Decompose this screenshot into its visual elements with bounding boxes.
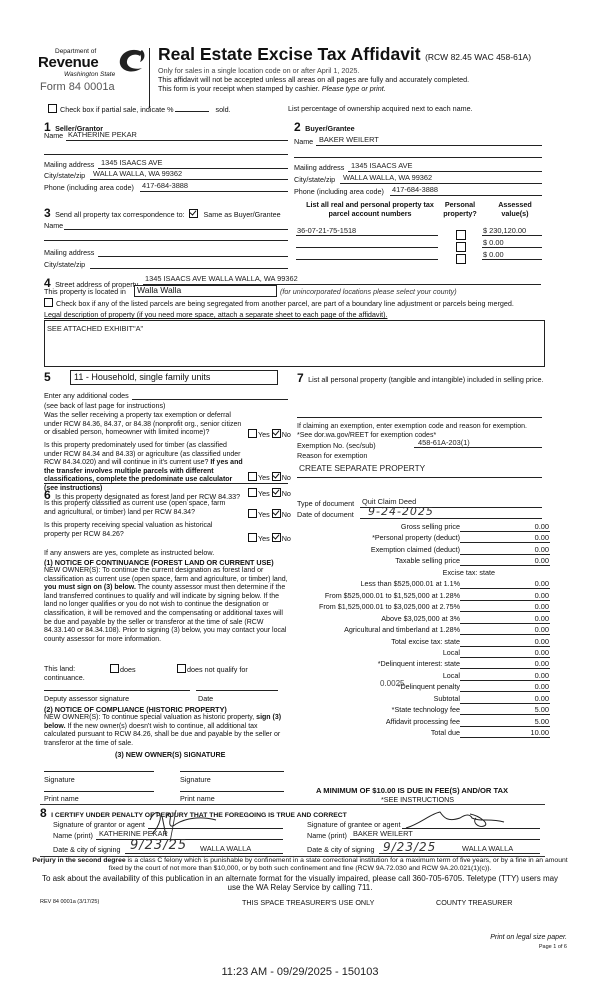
parcel-col-numbers: List all real and personal property tax … (300, 201, 440, 218)
exemption-no-label: Exemption No. (sec/sub) (297, 441, 376, 450)
notice1-text-a: NEW OWNER(S): To continue the current de… (44, 567, 288, 583)
calc-row: *State technology fee5.00 (300, 705, 555, 716)
corr-name-line2 (44, 240, 288, 241)
historic-no-checkbox[interactable] (272, 533, 281, 542)
calc-row-line (460, 634, 550, 635)
additional-codes-note: (see back of last page for instructions) (44, 401, 165, 410)
calc-row: Total excise tax: state0.00 (300, 637, 555, 648)
forest-yesno: Yes No (248, 488, 291, 498)
doc-type-label: Type of document (297, 499, 354, 508)
print-name-label-1: Print name (44, 794, 79, 803)
calc-row-label: Above $3,025,000 at 3% (381, 614, 460, 623)
buyer-mailing-label: Mailing address (294, 163, 344, 172)
if-yes-note: If any answers are yes, complete as inst… (44, 548, 214, 557)
use-code-value: 11 - Household, single family units (74, 372, 210, 382)
calc-row-label: Agricultural and timberland at 1.28% (344, 625, 460, 634)
calc-row-label: Total due (431, 728, 460, 737)
exemption-question: Was the seller receiving a property tax … (44, 412, 246, 438)
calc-row-label: Local (443, 648, 460, 657)
street-field[interactable]: 1345 ISAACS AVE WALLA WALLA, WA 99362 (145, 274, 298, 283)
section-number: 5 (44, 370, 51, 384)
seller-mailing-field[interactable]: 1345 ISAACS AVE (101, 158, 163, 167)
calc-row-label: From $1,525,000.01 to $3,025,000 at 2.75… (319, 602, 460, 611)
header-line2: This affidavit will not be accepted unle… (158, 75, 598, 84)
current-use-yes-checkbox[interactable] (248, 509, 257, 518)
header-divider (149, 48, 150, 108)
print-name-label-2: Print name (180, 794, 215, 803)
calc-row-value[interactable]: 0.00 (535, 533, 549, 542)
calc-row-label: *Personal property (deduct) (372, 533, 460, 542)
header-line3-italic: Please type or print. (322, 84, 386, 93)
calc-row-value[interactable]: 0.00 (535, 614, 549, 623)
grantee-name-line (350, 839, 540, 840)
see-instructions: *SEE INSTRUCTIONS (381, 795, 454, 804)
parcel-col-assessed: Assessed value(s) (490, 201, 540, 218)
does-checkbox[interactable] (110, 664, 119, 673)
calc-row: Total due10.00 (300, 728, 555, 739)
calc-row-value[interactable]: 0.00 (535, 682, 549, 691)
buyer-heading-label: Buyer/Grantee (305, 124, 355, 133)
timestamp-stamp: 11:23 AM - 09/29/2025 - 150103 (0, 966, 600, 978)
calc-row-label: Subtotal (434, 694, 460, 703)
calc-row-line (460, 623, 550, 624)
grantor-name-line (96, 839, 283, 840)
grantee-date-field[interactable]: 9/23/25 (383, 840, 436, 854)
calc-row-value[interactable]: 0.00 (535, 579, 549, 588)
calc-row-value[interactable]: 0.00 (535, 522, 549, 531)
personal-property-checkbox[interactable] (456, 254, 466, 264)
grantor-name-label: Name (print) (53, 831, 93, 840)
no-label: No (282, 430, 291, 439)
form-number: Form 84 0001a (40, 81, 115, 93)
assessed-value-field[interactable]: $ 0.00 (483, 250, 504, 259)
calc-row: Less than $525,000.01 at 1.1%0.00 (300, 579, 555, 590)
state-name: Washington State (64, 71, 115, 78)
partial-sale-checkbox[interactable] (48, 104, 57, 113)
calc-row: Exemption claimed (deduct)0.00 (300, 545, 555, 556)
calc-row: *Delinquent penalty0.00 (300, 682, 555, 693)
reason-field[interactable]: CREATE SEPARATE PROPERTY (299, 463, 425, 473)
corr-mailing-label: Mailing address (44, 248, 94, 257)
historic-yes-checkbox[interactable] (248, 533, 257, 542)
signature-label-1: Signature (44, 775, 75, 784)
owner-signature-line-1[interactable] (44, 771, 154, 772)
current-use-question: Is this property classified as current u… (44, 500, 234, 517)
seller-city-label: City/state/zip (44, 171, 85, 180)
corr-name-label: Name (44, 221, 63, 230)
grantee-name-label: Name (print) (307, 831, 347, 840)
buyer-name-field[interactable]: BAKER WEILERT (319, 135, 379, 144)
parcel-col-personal: Personal property? (440, 201, 480, 218)
calc-row-value[interactable]: 0.00 (535, 556, 549, 565)
calc-row-value[interactable]: 0.00 (535, 637, 549, 646)
seller-phone-label: Phone (including area code) (44, 183, 134, 192)
calc-row-value[interactable]: 0.00 (535, 671, 549, 680)
located-select[interactable]: Walla Walla (134, 285, 277, 297)
perjury-bold: Perjury in the second degree (32, 857, 125, 864)
legal-description-textarea[interactable]: SEE ATTACHED EXHIBIT"A" (44, 320, 545, 367)
grantee-city-field[interactable]: WALLA WALLA (462, 844, 513, 853)
additional-codes-input[interactable] (132, 399, 288, 400)
section6-divider (44, 483, 288, 484)
calc-row: Subtotal0.00 (300, 694, 555, 705)
correspondence-label: Send all property tax correspondence to: (55, 210, 184, 219)
buyer-phone-field[interactable]: 417-684-3888 (392, 185, 438, 194)
deputy-sig-label: Deputy assessor signature (44, 694, 129, 703)
notice2-title: (2) NOTICE OF COMPLIANCE (HISTORIC PROPE… (44, 705, 227, 714)
exemption-no-checkbox[interactable] (272, 429, 281, 438)
corr-name-line (64, 229, 288, 230)
reason-label: Reason for exemption (297, 451, 367, 460)
calc-row-line (460, 657, 550, 658)
form-title-ref: (RCW 82.45 WAC 458-61A) (425, 52, 531, 62)
timber-yes-checkbox[interactable] (248, 472, 257, 481)
calc-row: Local0.00 (300, 671, 555, 682)
assessed-value-field[interactable]: $ 0.00 (483, 238, 504, 247)
reason-line (297, 477, 542, 478)
correspondence-row: 3 Send all property tax correspondence t… (44, 204, 281, 222)
personal-property-row: 7 List all personal property (tangible a… (297, 369, 547, 387)
exemption-intro: If claiming an exemption, enter exemptio… (297, 423, 537, 440)
signature-label-2: Signature (180, 775, 211, 784)
calc-row-line (460, 565, 550, 566)
ownership-note: List percentage of ownership acquired ne… (288, 104, 473, 113)
calc-row-value[interactable]: 10.00 (531, 728, 550, 737)
grantee-sig-label: Signature of grantee or agent (307, 820, 401, 829)
buyer-heading: 2 Buyer/Grantee (294, 118, 355, 136)
calc-row-line (460, 691, 550, 692)
owner-print-line-1[interactable] (44, 791, 154, 792)
personal-property-input[interactable] (297, 417, 542, 418)
doc-date-label: Date of document (297, 510, 354, 519)
notice2-text-a: NEW OWNER(S): To continue special valuat… (44, 714, 254, 721)
no-label: No (282, 510, 291, 519)
seller-city-line (90, 179, 288, 180)
calc-row-label: Less than $525,000.01 at 1.1% (360, 579, 460, 588)
new-owner-sig-title: (3) NEW OWNER(S) SIGNATURE (115, 750, 225, 759)
historic-yesno: Yes No (248, 533, 291, 543)
forest-no-checkbox[interactable] (272, 488, 281, 497)
yes-label: Yes (258, 489, 270, 498)
treasurer-use-label: THIS SPACE TREASURER'S USE ONLY (242, 898, 374, 907)
calc-row-line (460, 588, 550, 589)
calc-row-value[interactable]: 0.00 (535, 602, 549, 611)
notice1-text-bold: you must sign on (3) below. (44, 584, 136, 591)
notice1-text: NEW OWNER(S): To continue the current de… (44, 567, 290, 644)
calc-row-line (460, 611, 550, 612)
county-treasurer-label: COUNTY TREASURER (436, 898, 512, 907)
section-number: 3 (44, 206, 51, 220)
owner-print-line-2[interactable] (180, 791, 284, 792)
calc-row-label: Exemption claimed (deduct) (371, 545, 460, 554)
accessibility-notice: To ask about the availability of this pu… (40, 875, 560, 892)
no-label: No (282, 473, 291, 482)
seller-mailing-label: Mailing address (44, 160, 94, 169)
calc-row: Gross selling price0.00 (300, 522, 555, 533)
minimum-notice: A MINIMUM OF $10.00 IS DUE IN FEE(S) AND… (316, 786, 508, 795)
calc-row-value[interactable]: 0.00 (535, 694, 549, 703)
dept-name: Revenue (38, 54, 98, 71)
current-use-yesno: Yes No (248, 509, 291, 519)
buyer-phone-label: Phone (including area code) (294, 187, 384, 196)
calc-row-line (460, 726, 550, 727)
corr-mailing-line (98, 256, 288, 257)
buyer-mailing-line (348, 171, 542, 172)
calc-row-line (460, 600, 550, 601)
seller-city-field[interactable]: WALLA WALLA, WA 99362 (93, 169, 182, 178)
parcel-row: 36-07-21-75-1518 $ 230,120.00 (296, 225, 546, 237)
parcel-row: $ 0.00 (296, 237, 546, 249)
calc-row-value[interactable]: 5.00 (535, 705, 549, 714)
seller-name-line (66, 140, 288, 141)
calc-row-line (460, 531, 550, 532)
perjury-rest: is a class C felony which is punishable … (109, 857, 568, 872)
legal-description-value: SEE ATTACHED EXHIBIT"A" (47, 324, 143, 333)
grantee-name-field[interactable]: BAKER WEILERT (353, 829, 413, 838)
no-label: No (282, 534, 291, 543)
parcel-number-line (296, 259, 438, 260)
buyer-city-line (340, 183, 542, 184)
partial-sale-percent-input[interactable] (175, 104, 209, 112)
buyer-name-line2 (294, 157, 542, 158)
personal-property-label: List all personal property (tangible and… (308, 375, 543, 384)
calc-row-value[interactable]: 0.00 (535, 545, 549, 554)
exemption-yesno: Yes No (248, 429, 291, 439)
section-number: 7 (297, 371, 304, 385)
local-rate: 0.0025 (380, 679, 404, 688)
exemption-no-field[interactable]: 458-61A-203(1) (418, 438, 470, 447)
header-line3: This form is your receipt when stamped b… (158, 84, 320, 93)
partial-sale-suffix: sold. (215, 105, 230, 114)
calc-row-label: *State technology fee (392, 705, 460, 714)
seller-phone-line (140, 191, 288, 192)
calc-row-label: *Delinquent interest: state (378, 659, 460, 668)
calc-row-value[interactable]: 0.00 (535, 625, 549, 634)
calc-row-label: Local (443, 671, 460, 680)
notice2-text-b: If the new owner(s) doesn't wish to cont… (44, 723, 280, 747)
does-not-option: does not qualify for (177, 664, 248, 674)
parcel-number-line (296, 247, 438, 248)
notice1-text-b: The county assessor must then determine … (44, 584, 286, 643)
grantor-city-field[interactable]: WALLA WALLA (200, 844, 251, 853)
calc-row-value[interactable]: 0.00 (535, 591, 549, 600)
deputy-date-line[interactable] (196, 690, 278, 691)
calc-row: *Delinquent interest: state0.00 (300, 659, 555, 670)
this-land-label: This land: (44, 664, 75, 673)
grantor-sig-label: Signature of grantor or agent (53, 820, 145, 829)
calc-row: Agricultural and timberland at 1.28%0.00 (300, 625, 555, 636)
calc-row-line (460, 703, 550, 704)
seller-name-label: Name (44, 131, 63, 140)
assessed-line (482, 235, 542, 236)
located-value: Walla Walla (137, 285, 181, 295)
additional-codes-label: Enter any additional codes (44, 391, 129, 400)
corr-city-line (90, 268, 288, 269)
notice1-title: (1) NOTICE OF CONTINUANCE (FOREST LAND O… (44, 558, 274, 567)
seller-name-line2 (44, 154, 288, 155)
form-title: Real Estate Excise Tax Affidavit (158, 44, 421, 64)
perjury-notice: Perjury in the second degree is a class … (30, 857, 570, 873)
deputy-date-label: Date (198, 694, 213, 703)
located-label: This property is located in (44, 287, 126, 296)
assessed-value-field[interactable]: $ 230,120.00 (483, 226, 526, 235)
timber-no-checkbox[interactable] (272, 472, 281, 481)
located-note: (for unincorporated locations please sel… (280, 287, 457, 296)
segregate-label: Check box if any of the listed parcels a… (56, 299, 514, 308)
revenue-swoosh-icon (112, 48, 146, 74)
grantor-date-field[interactable]: 9/23/25 (130, 838, 187, 853)
buyer-city-field[interactable]: WALLA WALLA, WA 99362 (343, 173, 432, 182)
header-title-block: Real Estate Excise Tax Affidavit (RCW 82… (158, 44, 598, 93)
exemption-yes-checkbox[interactable] (248, 429, 257, 438)
yes-label: Yes (258, 534, 270, 543)
partial-sale-label: Check box if partial sale, indicate % (60, 105, 173, 114)
calc-row: Local0.00 (300, 648, 555, 659)
header-line1: Only for sales in a single location code… (158, 66, 598, 75)
calc-row-label: From $525,000.01 to $1,525,000 at 1.28% (325, 591, 460, 600)
section-number: 8 (40, 806, 47, 820)
calc-row-label: Affidavit processing fee (386, 717, 460, 726)
seller-phone-field[interactable]: 417-684-3888 (142, 181, 188, 190)
calc-row-label: Total excise tax: state (391, 637, 460, 646)
calc-row-line (460, 680, 550, 681)
same-as-buyer-checkbox[interactable] (189, 209, 198, 218)
buyer-name-label: Name (294, 137, 313, 146)
no-label: No (282, 489, 291, 498)
doc-date-field[interactable]: 9-24-2025 (368, 505, 434, 518)
calc-row-line (460, 646, 550, 647)
yes-label: Yes (258, 430, 270, 439)
calc-row-line (460, 668, 550, 669)
calc-row-line (460, 542, 550, 543)
calc-row: From $525,000.01 to $1,525,000 at 1.28%0… (300, 591, 555, 602)
calc-row-value[interactable]: 0.00 (535, 659, 549, 668)
calc-row: From $1,525,000.01 to $3,025,000 at 2.75… (300, 602, 555, 613)
parcel-number-line (296, 235, 438, 236)
calc-row: Above $3,025,000 at 3%0.00 (300, 614, 555, 625)
forest-yes-checkbox[interactable] (248, 488, 257, 497)
exemption-no-line (414, 447, 542, 448)
continuance-label: continuance. (44, 673, 85, 682)
current-use-no-checkbox[interactable] (272, 509, 281, 518)
partial-sale-row: Check box if partial sale, indicate % so… (48, 104, 231, 114)
assessed-line (482, 259, 542, 260)
calc-row-label: Taxable selling price (395, 556, 460, 565)
corr-city-label: City/state/zip (44, 260, 85, 269)
calc-row-line (460, 714, 550, 715)
calc-row-label: Gross selling price (401, 522, 460, 531)
calc-row-value[interactable]: 0.00 (535, 648, 549, 657)
does-not-checkbox[interactable] (177, 664, 186, 673)
yes-label: Yes (258, 473, 270, 482)
section-number: 2 (294, 120, 301, 134)
owner-signature-line-2[interactable] (180, 771, 284, 772)
print-legal-note: Print on legal size paper. (490, 934, 567, 941)
rev-number: REV 84 0001a (3/17/25) (40, 899, 99, 905)
calc-row-line (460, 737, 550, 738)
segregate-row: Check box if any of the listed parcels a… (44, 298, 514, 308)
yes-label: Yes (258, 510, 270, 519)
page-number: Page 1 of 6 (539, 944, 567, 950)
legal-label: Legal description of property (if you ne… (44, 310, 387, 319)
grantee-signature (400, 808, 510, 834)
doc-date-line (360, 518, 542, 519)
calc-row-label: *Delinquent penalty (398, 682, 460, 691)
deputy-signature-line[interactable] (44, 690, 190, 691)
use-code-select[interactable]: 11 - Household, single family units (70, 370, 278, 385)
does-option: does (110, 664, 136, 674)
parcel-row: $ 0.00 (296, 249, 546, 261)
seller-name-field[interactable]: KATHERINE PEKAR (68, 130, 137, 139)
calc-row: Taxable selling price0.00 (300, 556, 555, 567)
does-not-label: does not qualify for (187, 665, 248, 674)
segregate-checkbox[interactable] (44, 298, 53, 307)
assessed-line (482, 247, 542, 248)
buyer-mailing-field[interactable]: 1345 ISAACS AVE (351, 161, 413, 170)
does-label: does (120, 665, 136, 674)
grantor-name-field[interactable]: KATHERINE PEKAR (99, 829, 168, 838)
dor-logo: Department of Revenue Washington State F… (38, 48, 148, 108)
grantee-date-label: Date & city of signing (307, 845, 375, 854)
grantor-date-line (125, 853, 283, 854)
notice2-text: NEW OWNER(S): To continue special valuat… (44, 714, 290, 748)
calc-row-line (460, 554, 550, 555)
historic-question: Is this property receiving special valua… (44, 522, 224, 539)
calc-row: *Personal property (deduct)0.00 (300, 533, 555, 544)
calc-row-value[interactable]: 5.00 (535, 717, 549, 726)
timber-yesno: Yes No (248, 472, 291, 482)
calc-row: Affidavit processing fee5.00 (300, 717, 555, 728)
buyer-name-line (316, 145, 542, 146)
same-as-buyer-label: Same as Buyer/Grantee (204, 210, 281, 219)
parcel-number-field[interactable]: 36-07-21-75-1518 (297, 226, 356, 235)
buyer-phone-line (390, 195, 542, 196)
calc-row-label: Excise tax: state (443, 568, 495, 577)
grantor-date-label: Date & city of signing (53, 845, 121, 854)
buyer-city-label: City/state/zip (294, 175, 335, 184)
calc-row: Excise tax: state (300, 568, 555, 579)
